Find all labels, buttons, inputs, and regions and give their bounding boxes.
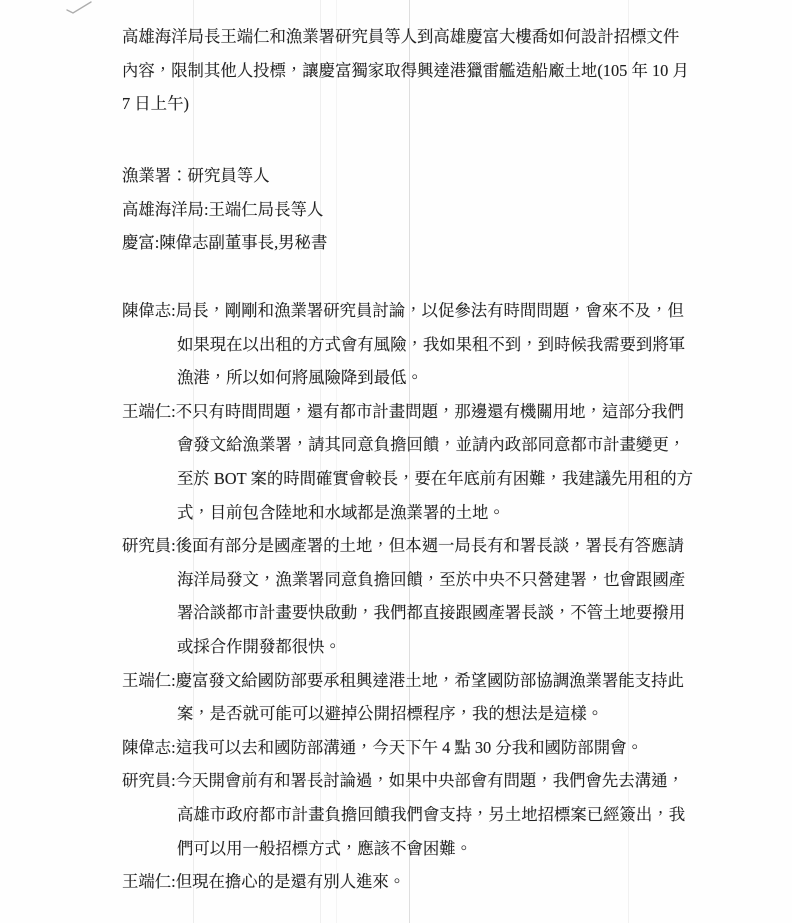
scanned-document-page: 高雄海洋局長王端仁和漁業署研究員等人到高雄慶富大樓喬如何設計招標文件 內容，限制… xyxy=(0,0,792,923)
title-line: 高雄海洋局長王端仁和漁業署研究員等人到高雄慶富大樓喬如何設計招標文件 xyxy=(122,20,689,54)
dialogue-text: 局長，剛剛和漁業署研究員討論，以促參法有時間問題，會來不及，但 xyxy=(176,301,684,320)
document-title: 高雄海洋局長王端仁和漁業署研究員等人到高雄慶富大樓喬如何設計招標文件 內容，限制… xyxy=(122,20,689,121)
dialogue-text: 今天開會前有和署長討論過，如果中央部會有問題，我們會先去溝通， xyxy=(176,771,684,790)
dialogue-text: 後面有部分是國產署的土地，但本週一局長有和署長談，署長有答應請 xyxy=(176,536,684,555)
dialogue-line: 王端仁:不只有時間問題，還有都市計畫問題，那邊還有機關用地，這部分我們 xyxy=(122,395,693,429)
dialogue-line: 王端仁:慶富發文給國防部要承租興達港土地，希望國防部協調漁業署能支持此 xyxy=(122,664,693,698)
speaker-name: 王端仁: xyxy=(122,402,176,421)
title-line: 7 日上午) xyxy=(122,87,689,121)
participant-line: 漁業署：研究員等人 xyxy=(122,159,327,193)
title-line: 內容，限制其他人投標，讓慶富獨家取得興達港獵雷艦造船廠土地(105 年 10 月 xyxy=(122,54,689,88)
dialogue-line: 研究員:後面有部分是國產署的土地，但本週一局長有和署長談，署長有答應請 xyxy=(122,529,693,563)
dialogue-line-continuation: 海洋局發文，漁業署同意負擔回饋，至於中央不只營建署，也會跟國產 xyxy=(177,563,693,597)
dialogue-line-continuation: 署洽談都市計畫要快啟動，我們都直接跟國產署長談，不管土地要撥用 xyxy=(177,596,693,630)
dialogue-line-continuation: 或採合作開發都很快。 xyxy=(177,630,693,664)
dialogue-line-continuation: 們可以用一般招標方式，應該不會困難。 xyxy=(177,832,693,866)
dialogue-text: 慶富發文給國防部要承租興達港土地，希望國防部協調漁業署能支持此 xyxy=(176,671,684,690)
dialogue-transcript: 陳偉志:局長，剛剛和漁業署研究員討論，以促參法有時間問題，會來不及，但 如果現在… xyxy=(122,294,693,899)
speaker-name: 王端仁: xyxy=(122,671,176,690)
speaker-name: 陳偉志: xyxy=(122,738,176,757)
dialogue-line-continuation: 至於 BOT 案的時間確實會較長，要在年底前有困難，我建議先用租的方 xyxy=(177,462,693,496)
dialogue-line: 陳偉志:局長，剛剛和漁業署研究員討論，以促參法有時間問題，會來不及，但 xyxy=(122,294,693,328)
dialogue-text: 這我可以去和國防部溝通，今天下午 4 點 30 分我和國防部開會。 xyxy=(176,738,643,757)
speaker-name: 陳偉志: xyxy=(122,301,176,320)
dialogue-line: 陳偉志:這我可以去和國防部溝通，今天下午 4 點 30 分我和國防部開會。 xyxy=(122,731,693,765)
speaker-name: 研究員: xyxy=(122,536,176,555)
dialogue-line-continuation: 案，是否就可能可以避掉公開招標程序，我的想法是這樣。 xyxy=(177,697,693,731)
dialogue-text: 不只有時間問題，還有都市計畫問題，那邊還有機關用地，這部分我們 xyxy=(176,402,684,421)
dialogue-line-continuation: 如果現在以出租的方式會有風險，我如果租不到，到時候我需要到將軍 xyxy=(177,328,693,362)
dialogue-line-continuation: 會發文給漁業署，請其同意負擔回饋，並請內政部同意都市計畫變更， xyxy=(177,428,693,462)
dialogue-text: 但現在擔心的是還有別人進來。 xyxy=(176,872,405,891)
speaker-name: 王端仁: xyxy=(122,872,176,891)
participant-line: 高雄海洋局:王端仁局長等人 xyxy=(122,193,327,227)
dialogue-line-continuation: 高雄市政府都市計畫負擔回饋我們會支持，另土地招標案已經簽出，我 xyxy=(177,798,693,832)
speaker-name: 研究員: xyxy=(122,771,176,790)
participant-line: 慶富:陳偉志副董事長,男秘書 xyxy=(122,226,327,260)
dialogue-line: 王端仁:但現在擔心的是還有別人進來。 xyxy=(122,865,693,899)
dialogue-line-continuation: 漁港，所以如何將風險降到最低。 xyxy=(177,361,693,395)
dialogue-line: 研究員:今天開會前有和署長討論過，如果中央部會有問題，我們會先去溝通， xyxy=(122,764,693,798)
participant-list: 漁業署：研究員等人 高雄海洋局:王端仁局長等人 慶富:陳偉志副董事長,男秘書 xyxy=(122,159,327,260)
dialogue-line-continuation: 式，目前包含陸地和水域都是漁業署的土地。 xyxy=(177,496,693,530)
pen-smudge-mark xyxy=(64,0,96,16)
